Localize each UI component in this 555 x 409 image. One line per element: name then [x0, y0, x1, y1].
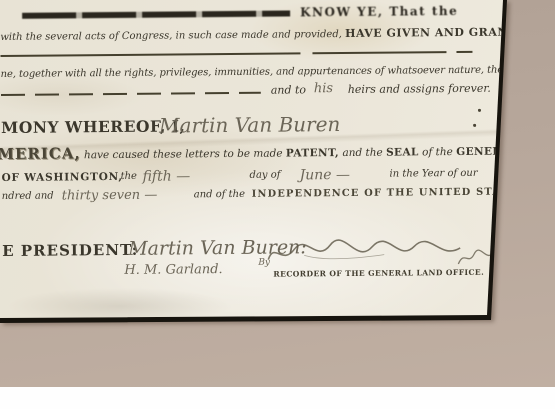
line-rights-privileges: ne, together with all the rights, privil…	[1, 64, 537, 80]
dashed-fill-rule	[1, 92, 261, 96]
rule-segment	[0, 52, 300, 57]
testimony-label: MONY WHEREOF, I,	[1, 116, 185, 137]
framed-document-photo: KNOW YE, That the with the several acts …	[0, 0, 555, 387]
general-word: GENERAL	[456, 145, 518, 158]
dashed-rule	[0, 51, 500, 59]
president-label: E PRESIDENT:	[2, 241, 138, 260]
america-display-text: MERICA,	[0, 144, 81, 163]
line-president-signature: E PRESIDENT: Martin Van Buren:	[2, 240, 138, 267]
and-to-text: and to	[271, 83, 306, 96]
top-text-fragment: KNOW YE, That the	[300, 4, 458, 19]
have-given-granted-text: HAVE GIVEN AND GRANTED,	[345, 25, 539, 40]
line-testimony-whereof: MONY WHEREOF, I, Martin Van Buren	[1, 116, 185, 144]
year-of-our-text: in the Year of our	[389, 168, 477, 180]
fifth-handwritten: fifth —	[142, 168, 190, 184]
june-handwritten: June —	[299, 167, 350, 183]
and-of-the-text: and of the	[194, 189, 245, 200]
of-the-text: of the	[422, 146, 453, 158]
day-of-text: day of	[249, 170, 280, 181]
and-the-text: and the	[342, 147, 382, 159]
line-america-patent: MERICA, have caused these letters to be …	[1, 140, 518, 163]
page: { "colors": { "mat": "#b7a79b", "paper":…	[0, 0, 555, 409]
photo-bottom-margin	[0, 387, 555, 409]
clipped-top-line: KNOW YE, That the	[22, 4, 470, 23]
rule-segment	[456, 51, 472, 54]
secretary-signature-handwritten: H. M. Garland.	[124, 262, 222, 278]
thirty-seven-handwritten: thirty seven —	[62, 188, 158, 204]
seal-word: SEAL	[386, 146, 419, 158]
document-content: KNOW YE, That the with the several acts …	[0, 0, 513, 330]
rule-segment	[312, 51, 446, 55]
recorder-signature-scribble	[264, 234, 464, 270]
independence-text: INDEPENDENCE OF THE UNITED STATES	[252, 186, 526, 199]
line-acts-of-congress: with the several acts of Congress, in su…	[0, 25, 539, 43]
heirs-forever-text: heirs and assigns forever.	[348, 82, 491, 96]
of-washington-text: OF WASHINGTON,	[2, 171, 123, 184]
the-text: the	[120, 171, 136, 182]
recorder-office-label: RECORDER OF THE GENERAL LAND OFFICE.	[273, 268, 484, 279]
document-shadow-wrap: KNOW YE, That the with the several acts …	[0, 0, 555, 387]
van-buren-name-handwritten: Martin Van Buren	[159, 112, 340, 138]
heavy-rule	[22, 10, 290, 18]
acts-italic-text: with the several acts of Congress, in su…	[0, 29, 342, 43]
his-handwritten: his	[314, 81, 333, 96]
hundred-and-text: ndred and	[2, 191, 54, 202]
patent-word: PATENT,	[286, 147, 339, 159]
ink-speck	[473, 124, 476, 127]
caused-letters-text: have caused these letters to be made	[84, 148, 283, 162]
document-paper: KNOW YE, That the with the several acts …	[0, 0, 555, 387]
ink-speck	[478, 109, 481, 112]
